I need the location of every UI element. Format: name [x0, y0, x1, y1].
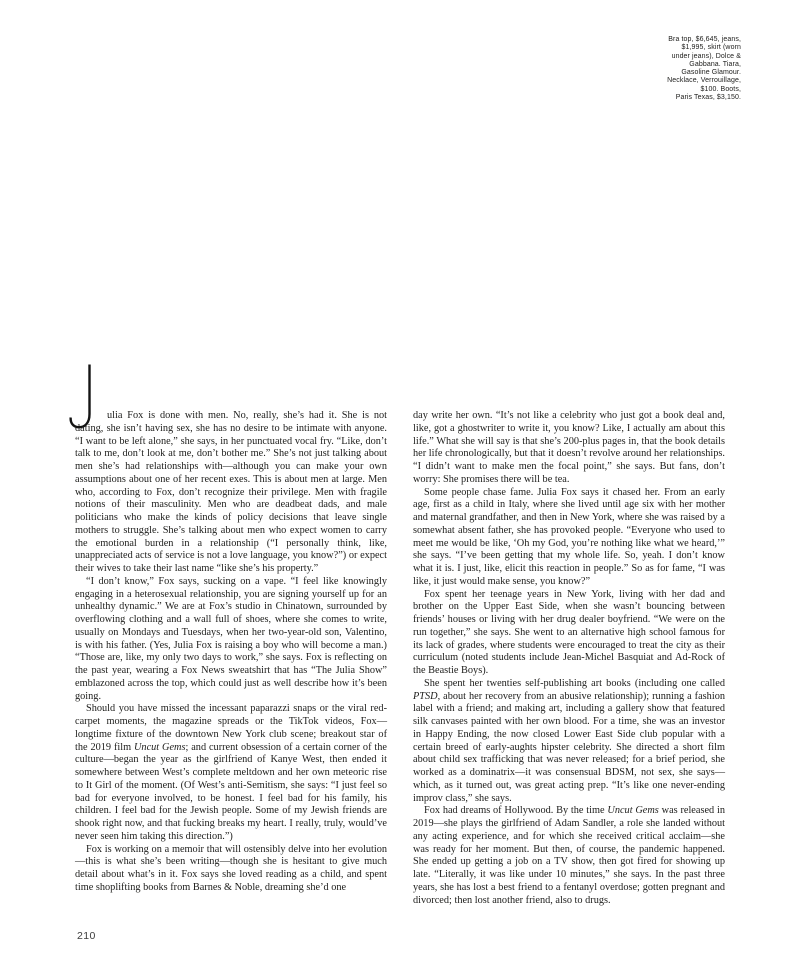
body-text-run: Fox is working on a memoir that will ost…: [75, 844, 387, 893]
article-paragraph: Fox had dreams of Hollywood. By the time…: [413, 805, 725, 907]
italic-title-text: Uncut Gems: [607, 805, 658, 816]
body-text-run: Some people chase fame. Julia Fox says i…: [413, 487, 725, 587]
article-column-right: day write her own. “It’s not like a cele…: [413, 410, 725, 907]
body-text-run: Fox had dreams of Hollywood. By the time: [424, 805, 607, 816]
article-paragraph: Fox spent her teenage years in New York,…: [413, 589, 725, 678]
body-text-run: Fox spent her teenage years in New York,…: [413, 589, 725, 677]
article-paragraph: day write her own. “It’s not like a cele…: [413, 410, 725, 487]
page-number: 210: [77, 930, 96, 942]
italic-title-text: Uncut Gems: [134, 742, 186, 753]
article-paragraph: Fox is working on a memoir that will ost…: [75, 844, 387, 895]
article-paragraph: ulia Fox is done with men. No, really, s…: [75, 410, 387, 576]
article-paragraph: “I don’t know,” Fox says, sucking on a v…: [75, 576, 387, 704]
magazine-page: Bra top, $6,645, jeans, $1,995, skirt (w…: [0, 0, 800, 980]
body-text-run: was released in 2019—she plays the girlf…: [413, 805, 725, 905]
body-text-run: She spent her twenties self-publishing a…: [424, 678, 725, 689]
body-text-run: , about her recovery from an abusive rel…: [413, 691, 725, 804]
italic-title-text: PTSD: [413, 691, 438, 702]
article-paragraph: She spent her twenties self-publishing a…: [413, 678, 725, 806]
fashion-credits-caption: Bra top, $6,645, jeans, $1,995, skirt (w…: [571, 36, 741, 102]
body-text-run: ; and current obsession of a certain cor…: [75, 742, 387, 842]
article-body: ulia Fox is done with men. No, really, s…: [75, 410, 725, 907]
body-text-run: “I don’t know,” Fox says, sucking on a v…: [75, 576, 387, 702]
body-text-run: day write her own. “It’s not like a cele…: [413, 410, 725, 485]
article-paragraph: Should you have missed the incessant pap…: [75, 703, 387, 843]
article-paragraph: Some people chase fame. Julia Fox says i…: [413, 487, 725, 589]
body-text-run: ulia Fox is done with men. No, really, s…: [75, 410, 387, 574]
article-column-left: ulia Fox is done with men. No, really, s…: [75, 410, 387, 907]
